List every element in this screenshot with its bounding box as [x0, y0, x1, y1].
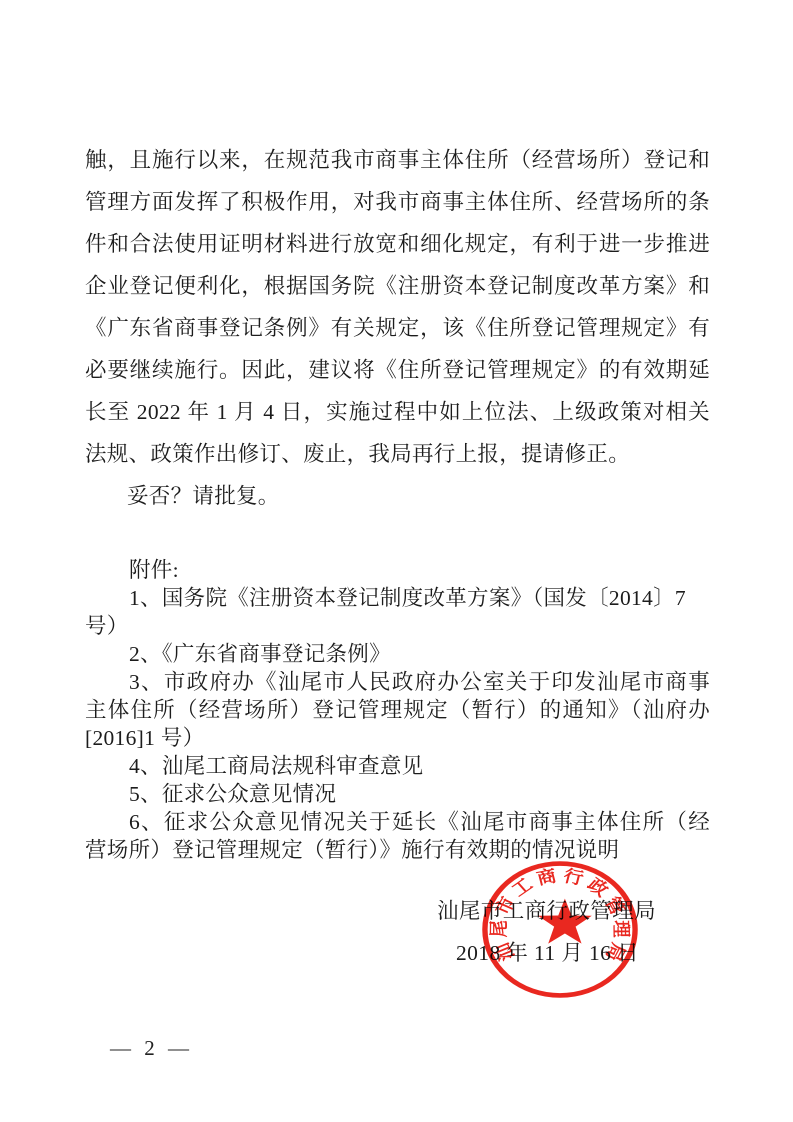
attachment-item: 1、国务院《注册资本登记制度改革方案》（国发〔2014〕7	[85, 584, 710, 612]
attachment-item: 6、征求公众意见情况关于延长《汕尾市商事主体住所（经	[85, 808, 710, 836]
attachment-item: 5、征求公众意见情况	[85, 780, 710, 808]
attachment-item: 3、市政府办《汕尾市人民政府办公室关于印发汕尾市商事	[85, 668, 710, 696]
text-line: 必要继续施行。因此，建议将《住所登记管理规定》的有效期延	[85, 349, 710, 391]
star-icon	[538, 899, 592, 944]
attachment-item-continuation: 主体住所（经营场所）登记管理规定（暂行）的通知》（汕府办	[85, 696, 710, 724]
text-line: 《广东省商事登记条例》有关规定，该《住所登记管理规定》有	[85, 307, 710, 349]
attachment-list: 附件: 1、国务院《注册资本登记制度改革方案》（国发〔2014〕7 号） 2、《…	[85, 556, 710, 864]
attachment-item: 2、《广东省商事登记条例》	[85, 640, 710, 668]
attachment-item-continuation: [2016]1 号）	[85, 724, 710, 752]
attachment-item: 4、汕尾工商局法规科审查意见	[85, 752, 710, 780]
document-page: 触，且施行以来，在规范我市商事主体住所（经营场所）登记和 管理方面发挥了积极作用…	[0, 0, 793, 1122]
page-number: — 2 —	[110, 1034, 193, 1062]
attachment-item-continuation: 号）	[85, 612, 710, 640]
text-line: 管理方面发挥了积极作用，对我市商事主体住所、经营场所的条	[85, 181, 710, 223]
text-line: 法规、政策作出修订、废止，我局再行上报，提请修正。	[85, 433, 710, 475]
closing-line: 妥否？请批复。	[85, 475, 710, 517]
text-line: 长至 2022 年 1 月 4 日，实施过程中如上位法、上级政策对相关	[85, 391, 710, 433]
text-line: 触，且施行以来，在规范我市商事主体住所（经营场所）登记和	[85, 139, 710, 181]
text-line: 件和合法使用证明材料进行放宽和细化规定，有利于进一步推进	[85, 223, 710, 265]
main-paragraph: 触，且施行以来，在规范我市商事主体住所（经营场所）登记和 管理方面发挥了积极作用…	[85, 139, 710, 517]
attachment-item-continuation: 营场所）登记管理规定（暂行）》施行有效期的情况说明	[85, 836, 710, 864]
attachment-label: 附件:	[85, 556, 710, 584]
official-seal: 汕尾市工商行政管理局	[482, 861, 638, 998]
text-line: 企业登记便利化，根据国务院《注册资本登记制度改革方案》和	[85, 265, 710, 307]
